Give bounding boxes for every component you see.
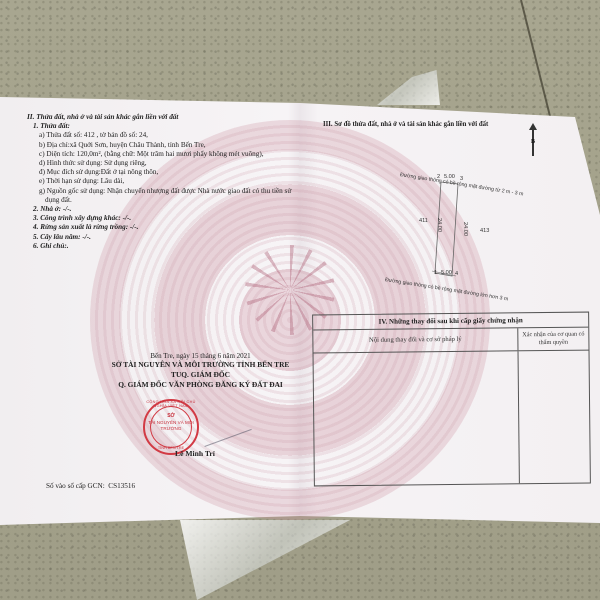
north-label: B	[531, 139, 535, 145]
neighbor-parcel-left: 411	[419, 218, 428, 224]
land-item: d) Hình thức sử dụng: Sử dụng riêng,	[27, 159, 291, 168]
corner-label: 2	[437, 174, 440, 180]
other-item: 2. Nhà ở: -/-.	[27, 205, 291, 214]
land-item: g) Nguồn gốc sử dụng: Nhận chuyển nhượng…	[27, 187, 291, 196]
top-edge-length: 5.00	[444, 174, 455, 180]
right-edge-length: 24.00	[462, 222, 468, 236]
issue-date: Bến Tre, ngày 15 tháng 6 năm 2021	[88, 352, 313, 360]
section2-title: II. Thửa đất, nhà ở và tài sản khác gắn …	[27, 113, 291, 122]
issuing-org: SỞ TÀI NGUYÊN VÀ MÔI TRƯỜNG TỈNH BẾN TRE	[88, 360, 313, 370]
other-item: 3. Công trình xây dựng khác: -/-.	[27, 214, 291, 223]
changes-table-body	[314, 351, 590, 486]
bottom-edge-length: 5.00	[441, 270, 452, 276]
col-authority-confirmation: Xác nhận của cơ quan có thẩm quyền	[518, 328, 588, 351]
land-heading: 1. Thửa đất:	[27, 122, 291, 131]
floor-crack	[520, 0, 551, 117]
corner-label: 4	[455, 271, 458, 277]
seal-ring-top: CỘNG HÒA XÃ HỘI CHỦ NGHĨA VIỆT NAM	[145, 400, 197, 408]
official-seal: CỘNG HÒA XÃ HỘI CHỦ NGHĨA VIỆT NAM SỞ TÀ…	[143, 399, 199, 455]
registry-value: CS13516	[108, 482, 135, 490]
signer-title: Q. GIÁM ĐỐC VĂN PHÒNG ĐĂNG KÝ ĐẤT ĐAI	[88, 380, 313, 390]
registry-label: Số vào sổ cấp GCN:	[46, 482, 105, 490]
change-content-cell	[314, 351, 520, 485]
land-item: đ) Mục đích sử dụng:Đất ở tại nông thôn,	[27, 168, 291, 177]
other-item: 5. Cây lâu năm: -/-.	[27, 233, 291, 242]
corner-label: 1	[434, 270, 437, 276]
signature-block: Bến Tre, ngày 15 tháng 6 năm 2021 SỞ TÀI…	[88, 352, 313, 390]
signer-name: Lê Minh Trí	[175, 449, 215, 458]
other-item: 4. Rừng sản xuất là rừng trồng: -/-.	[27, 223, 291, 232]
changes-table: IV. Những thay đổi sau khi cấp giấy chứn…	[312, 312, 591, 487]
registry-number: Số vào sổ cấp GCN: CS13516	[46, 482, 135, 490]
corner-label: 3	[460, 176, 463, 182]
authority-confirmation-cell	[519, 351, 590, 484]
left-edge-length: 24.00	[436, 218, 442, 232]
other-item: 6. Ghi chú:.	[27, 242, 291, 251]
seal-center-title: SỞ	[145, 413, 197, 419]
land-item: a) Thửa đất số: 412 , tờ bản đồ số: 24,	[27, 131, 291, 140]
seal-center-text: TÀI NGUYÊN VÀ MÔI TRƯỜNG	[145, 420, 197, 432]
land-item: e) Thời hạn sử dụng: Lâu dài,	[27, 177, 291, 186]
col-change-content: Nội dung thay đổi và cơ sở pháp lý	[313, 328, 518, 352]
section-land-info: II. Thửa đất, nhà ở và tài sản khác gắn …	[27, 113, 291, 251]
changes-table-header: Nội dung thay đổi và cơ sở pháp lý Xác n…	[313, 328, 588, 354]
section3-title: III. Sơ đồ thửa đất, nhà ở và tài sản kh…	[323, 120, 488, 129]
land-item: c) Diện tích: 120,0m², (bằng chữ: Một tr…	[27, 150, 291, 159]
plastic-sleeve-bottom	[180, 520, 350, 600]
land-item: dụng đất.	[27, 196, 291, 205]
authorization-line: TUQ. GIÁM ĐỐC	[88, 370, 313, 380]
land-item: b) Địa chỉ:xã Quới Sơn, huyện Châu Thành…	[27, 141, 291, 150]
plastic-sleeve-top	[370, 70, 440, 105]
neighbor-parcel-right: 413	[480, 228, 489, 234]
